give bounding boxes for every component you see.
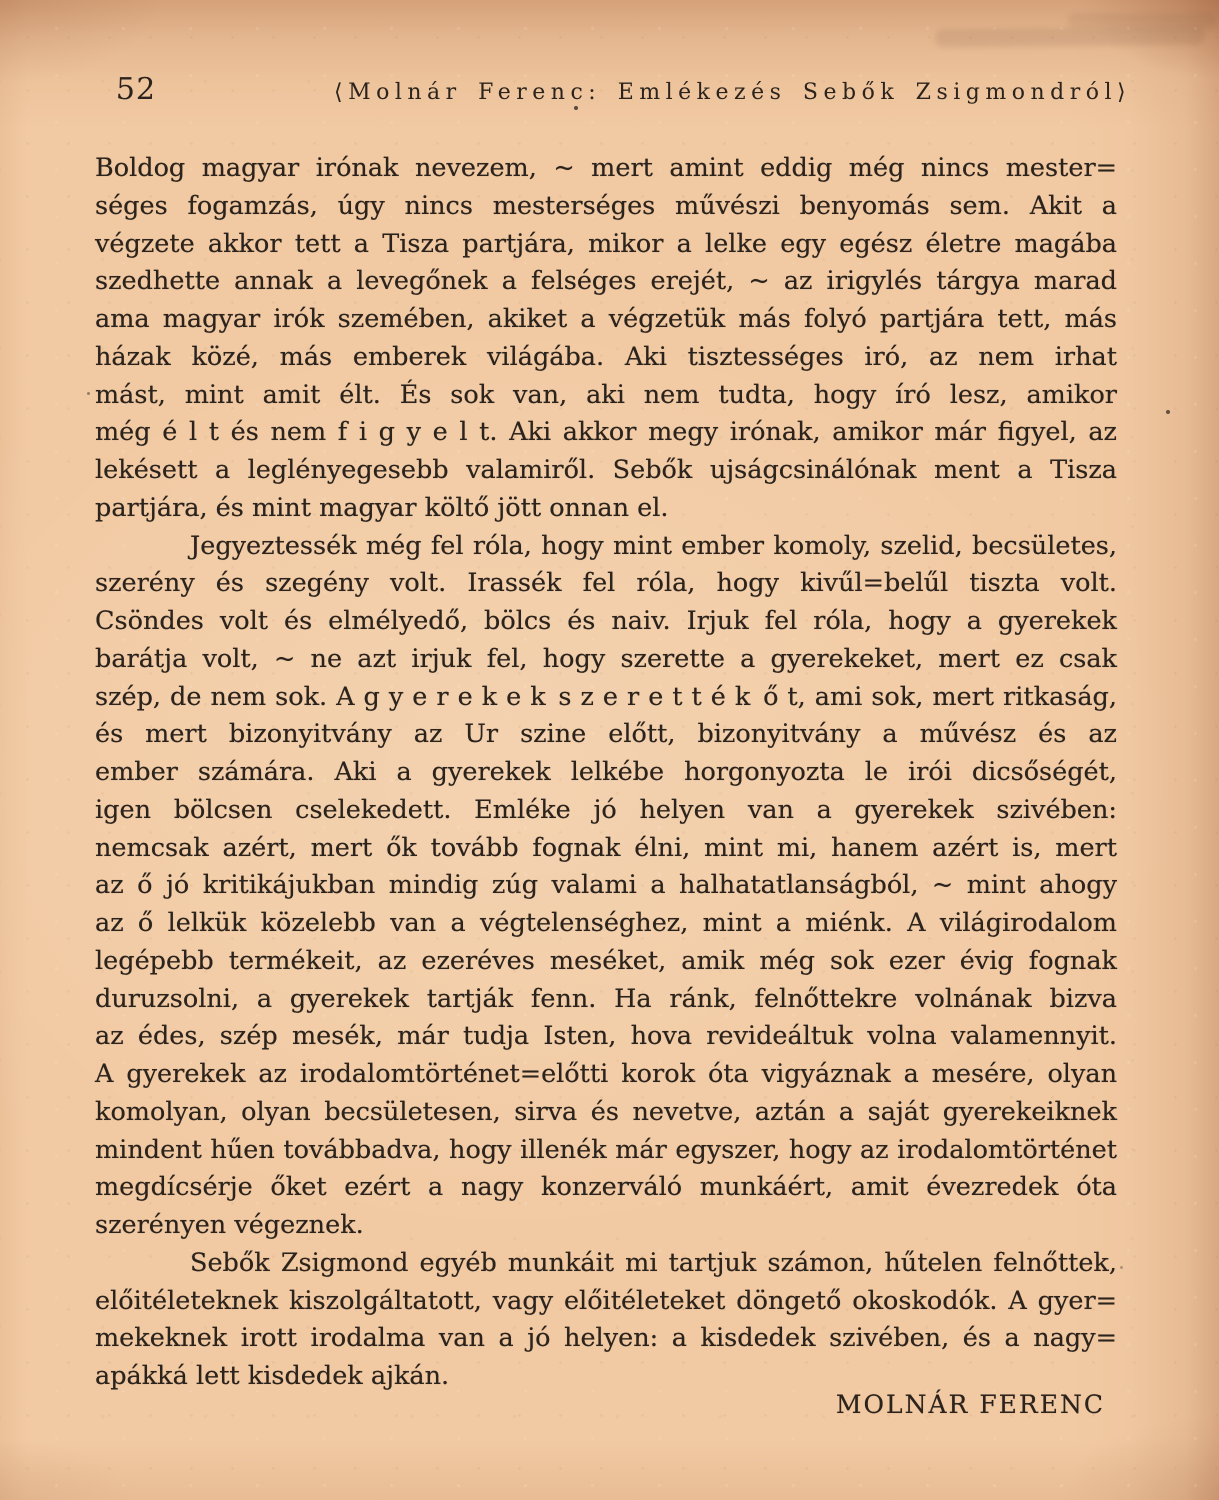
ink-speck [1166,410,1170,414]
text-line: Sebők Zsigmond egyéb munkáit mi tartjuk … [95,1245,1117,1283]
text-line: az ő jó kritikájukban mindig zúg valami … [95,867,1117,905]
author-signature: MOLNÁR FERENC [836,1390,1105,1419]
text-line: szedhette annak a levegőnek a felséges e… [95,263,1117,301]
text-line: partjára, és mint magyar költő jött onna… [95,490,1117,528]
text-line: mindent hűen továbbadva, hogy illenék má… [95,1132,1117,1170]
text-line: házak közé, más emberek világába. Aki ti… [95,339,1117,377]
ink-speck [574,106,578,110]
bleedthrough-smudge [1068,13,1216,28]
text-line: ember számára. Aki a gyerekek lelkébe ho… [95,754,1117,792]
text-line: Boldog magyar irónak nevezem, ~ mert ami… [95,150,1117,188]
text-line: legépebb termékeit, az ezeréves meséket,… [95,943,1117,981]
text-line: végzete akkor tett a Tisza partjára, mik… [95,226,1117,264]
text-line: szép, de nem sok. A g y e r e k e k s z … [95,679,1117,717]
running-header: ⟨Molnár Ferenc: Emlékezés Sebők Zsigmond… [334,80,1131,105]
text-line: az ő lelkük közelebb van a végtelenséghe… [95,905,1117,943]
text-line: ama magyar irók szemében, akiket a végze… [95,301,1117,339]
text-line: az édes, szép mesék, már tudja Isten, ho… [95,1018,1117,1056]
text-line: szerény és szegény volt. Irassék fel ról… [95,565,1117,603]
text-line: Csöndes volt és elmélyedő, bölcs és naiv… [95,603,1117,641]
text-line: mekeknek irott irodalma van a jó helyen:… [95,1320,1117,1358]
bleedthrough-smudge [935,27,1205,48]
text-line: barátja volt, ~ ne azt irjuk fel, hogy s… [95,641,1117,679]
ink-speck [87,392,90,395]
text-line: A gyerekek az irodalomtörténet=előtti ko… [95,1056,1117,1094]
text-line: komolyan, olyan becsületesen, sirva és n… [95,1094,1117,1132]
text-line: mást, mint amit élt. És sok van, aki nem… [95,377,1117,415]
scanned-book-page: 52 ⟨Molnár Ferenc: Emlékezés Sebők Zsigm… [0,0,1219,1500]
text-line: igen bölcsen cselekedett. Emléke jó hely… [95,792,1117,830]
text-line: megdícsérje őket ezért a nagy konzerváló… [95,1169,1117,1207]
text-line: előitéleteknek kiszolgáltatott, vagy elő… [95,1283,1117,1321]
ink-speck [1120,1266,1123,1269]
text-line: szerényen végeznek. [95,1207,1117,1245]
text-line: lekésett a leglényegesebb valamiről. Seb… [95,452,1117,490]
text-line: még é l t és nem f i g y e l t. Aki akko… [95,414,1117,452]
body-text: Boldog magyar irónak nevezem, ~ mert ami… [95,150,1117,1396]
page-number: 52 [115,72,156,107]
text-line: nemcsak azért, mert ők tovább fognak éln… [95,830,1117,868]
text-line: duruzsolni, a gyerekek tartják fenn. Ha … [95,981,1117,1019]
text-line: és mert bizonyitvány az Ur szine előtt, … [95,716,1117,754]
text-line: séges fogamzás, úgy nincs mesterséges mű… [95,188,1117,226]
text-line: Jegyeztessék még fel róla, hogy mint emb… [95,528,1117,566]
